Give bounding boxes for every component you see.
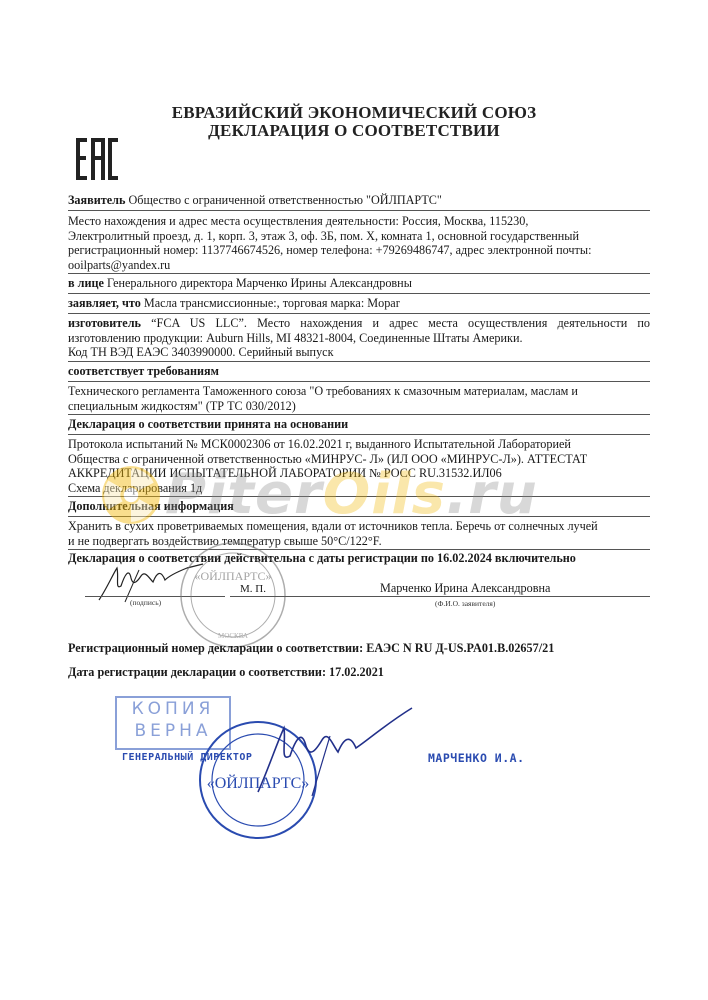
name-caption: (Ф.И.О. заявителя) xyxy=(435,599,495,608)
declares-label: заявляет, что xyxy=(68,296,141,310)
scheme-line: Схема декларирования 1д xyxy=(68,481,650,496)
registration-date-label: Дата регистрации декларации о соответств… xyxy=(68,665,326,679)
declaration-document: ЕВРАЗИЙСКИЙ ЭКОНОМИЧЕСКИЙ СОЮЗ ДЕКЛАРАЦИ… xyxy=(0,0,708,1000)
divider xyxy=(68,414,650,415)
copy-stamp-line: КОПИЯ xyxy=(117,698,229,720)
declares-value: Масла трансмиссионные:, торговая марка: … xyxy=(144,296,400,310)
divider xyxy=(68,273,650,274)
address-line: Место нахождения и адрес места осуществл… xyxy=(68,214,650,229)
divider xyxy=(68,516,650,517)
basis-label: Декларация о соответствии принята на осн… xyxy=(68,417,650,432)
basis-line: Протокола испытаний № МСК0002306 от 16.0… xyxy=(68,437,650,452)
divider xyxy=(68,549,650,550)
represented-by-value: Генерального директора Марченко Ирины Ал… xyxy=(107,276,412,290)
basis-line: АККРЕДИТАЦИИ ИСПЫТАТЕЛЬНОЙ ЛАБОРАТОРИИ №… xyxy=(68,466,650,481)
divider xyxy=(68,313,650,314)
union-title: ЕВРАЗИЙСКИЙ ЭКОНОМИЧЕСКИЙ СОЮЗ xyxy=(0,103,708,123)
hs-code-line: Код ТН ВЭД ЕАЭС 3403990000. Серийный вып… xyxy=(68,345,650,360)
svg-text:«ОЙЛПАРТС»: «ОЙЛПАРТС» xyxy=(195,569,272,583)
storage-line: и не подвергать воздействию температур с… xyxy=(68,534,650,549)
manufacturer-block: изготовитель “FCA US LLC”. Место нахожде… xyxy=(68,316,650,360)
applicant-value: Общество с ограниченной ответственностью… xyxy=(128,193,441,207)
conforms-text: Технического регламента Таможенного союз… xyxy=(68,384,650,413)
registration-number-row: Регистрационный номер декларации о соотв… xyxy=(68,641,688,656)
name-line xyxy=(230,596,650,597)
declares-row: заявляет, что Масла трансмиссионные:, то… xyxy=(68,296,650,311)
applicant-label: Заявитель xyxy=(68,193,125,207)
regulation-line: специальным жидкостям" (ТР ТС 030/2012) xyxy=(68,399,650,414)
registration-number: ЕАЭС N RU Д-US.PA01.В.02657/21 xyxy=(366,641,554,655)
certification-signature-icon xyxy=(250,700,415,800)
signature-caption: (подпись) xyxy=(130,598,161,607)
registration-date: 17.02.2021 xyxy=(329,665,384,679)
divider xyxy=(68,381,650,382)
divider xyxy=(68,434,650,435)
additional-label: Дополнительная информация xyxy=(68,499,650,514)
manufacturer-name: “FCA US LLC”. Место нахождения и адрес м… xyxy=(151,316,650,330)
registration-number-label: Регистрационный номер декларации о соотв… xyxy=(68,641,363,655)
address-line: регистрационный номер: 1137746674526, но… xyxy=(68,243,650,258)
divider xyxy=(68,496,650,497)
applicant-address: Место нахождения и адрес места осуществл… xyxy=(68,214,650,272)
conforms-label: соответствует требованиям xyxy=(68,364,650,379)
svg-text:МОСКВА: МОСКВА xyxy=(218,632,248,640)
divider xyxy=(68,210,650,211)
registration-date-row: Дата регистрации декларации о соответств… xyxy=(68,665,650,680)
divider xyxy=(68,361,650,362)
represented-by-label: в лице xyxy=(68,276,104,290)
address-email: ooilparts@yandex.ru xyxy=(68,258,650,273)
basis-text: Протокола испытаний № МСК0002306 от 16.0… xyxy=(68,437,650,495)
manufacturer-label: изготовитель xyxy=(68,316,141,330)
applicant-row: Заявитель Общество с ограниченной ответс… xyxy=(68,193,650,208)
manufacturer-line-1: изготовитель “FCA US LLC”. Место нахожде… xyxy=(68,316,650,331)
basis-line: Общества с ограниченной ответственностью… xyxy=(68,452,650,467)
divider xyxy=(68,293,650,294)
additional-text: Хранить в сухих проветриваемых помещения… xyxy=(68,519,650,548)
manufacturer-line-2: изготовлению продукции: Auburn Hills, MI… xyxy=(68,331,650,346)
seal-caption: М. П. xyxy=(240,582,300,597)
applicant-signatory-name: Марченко Ирина Александровна xyxy=(380,581,640,596)
director-name: МАРЧЕНКО И.А. xyxy=(428,751,525,765)
represented-by-row: в лице Генерального директора Марченко И… xyxy=(68,276,650,291)
storage-line: Хранить в сухих проветриваемых помещения… xyxy=(68,519,650,534)
address-line: Электролитный проезд, д. 1, корп. 3, эта… xyxy=(68,229,650,244)
eac-logo-icon xyxy=(75,137,119,181)
regulation-line: Технического регламента Таможенного союз… xyxy=(68,384,650,399)
